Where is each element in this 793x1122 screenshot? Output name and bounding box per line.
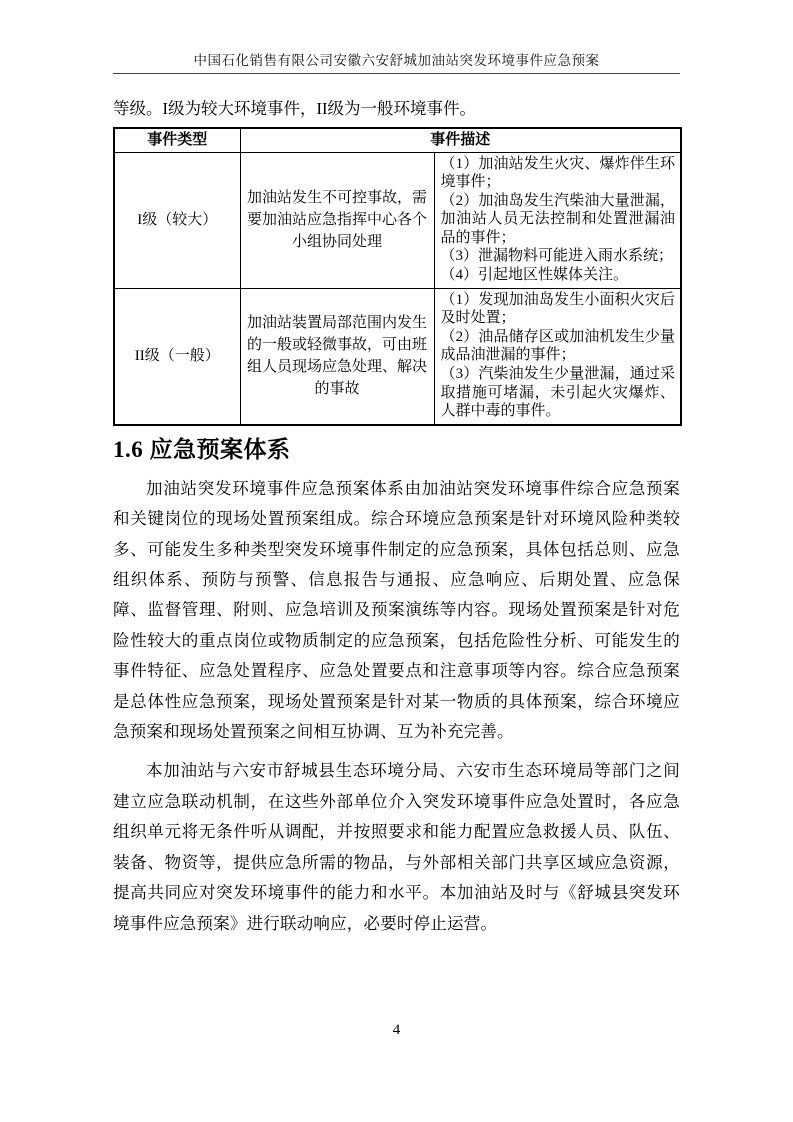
table-row-level-1: I级（较大） 加油站发生不可控事故，需要加油站应急指挥中心各个小组协同处理 （1… bbox=[114, 152, 681, 288]
column-header-event-type: 事件类型 bbox=[114, 128, 240, 152]
event-classification-table: 事件类型 事件描述 I级（较大） 加油站发生不可控事故，需要加油站应急指挥中心各… bbox=[113, 127, 682, 426]
page-number: 4 bbox=[393, 1022, 401, 1038]
detail-item: （3）汽柴油发生少量泄漏，通过采取措施可堵漏，未引起火灾爆炸、人群中毒的事件。 bbox=[441, 365, 676, 421]
paragraph-plan-system: 加油站突发环境事件应急预案体系由加油站突发环境事件综合应急预案和关键岗位的现场处… bbox=[113, 474, 680, 748]
table-row-level-2: II级（一般） 加油站装置局部范围内发生的一般或轻微事故，可由班组人员现场应急处… bbox=[114, 288, 681, 425]
detail-item: （2）加油岛发生汽柴油大量泄漏，加油站人员无法控制和处置泄漏油品的事件； bbox=[441, 192, 676, 248]
event-details-level-1: （1）加油站发生火灾、爆炸伴生环境事件； （2）加油岛发生汽柴油大量泄漏，加油站… bbox=[434, 152, 681, 288]
detail-item: （1）发现加油岛发生小面积火灾后及时处置； bbox=[441, 291, 676, 328]
document-page: 中国石化销售有限公司安徽六安舒城加油站突发环境事件应急预案 等级。I级为较大环境… bbox=[0, 0, 793, 1122]
page-header: 中国石化销售有限公司安徽六安舒城加油站突发环境事件应急预案 bbox=[113, 0, 680, 74]
event-type-level-2: II级（一般） bbox=[114, 288, 240, 425]
detail-item: （3）泄漏物料可能进入雨水系统； bbox=[441, 247, 676, 266]
page-content: 等级。I级为较大环境事件，II级为一般环境事件。 事件类型 事件描述 I级（较大… bbox=[113, 97, 680, 939]
column-header-event-description: 事件描述 bbox=[240, 128, 681, 152]
page-footer: 4 bbox=[0, 1022, 793, 1039]
section-heading: 1.6 应急预案体系 bbox=[113, 435, 680, 465]
detail-item: （2）油品储存区或加油机发生少量成品油泄漏的事件； bbox=[441, 328, 676, 365]
event-summary-level-2: 加油站装置局部范围内发生的一般或轻微事故，可由班组人员现场应急处理、解决的事故 bbox=[240, 288, 434, 425]
event-type-level-1: I级（较大） bbox=[114, 152, 240, 288]
event-details-level-2: （1）发现加油岛发生小面积火灾后及时处置； （2）油品储存区或加油机发生少量成品… bbox=[434, 288, 681, 425]
detail-item: （4）引起地区性媒体关注。 bbox=[441, 266, 676, 285]
event-summary-level-1: 加油站发生不可控事故，需要加油站应急指挥中心各个小组协同处理 bbox=[240, 152, 434, 288]
header-title: 中国石化销售有限公司安徽六安舒城加油站突发环境事件应急预案 bbox=[113, 52, 680, 69]
paragraph-linkage-mechanism: 本加油站与六安市舒城县生态环境分局、六安市生态环境局等部门之间建立应急联动机制，… bbox=[113, 756, 680, 938]
detail-item: （1）加油站发生火灾、爆炸伴生环境事件； bbox=[441, 155, 676, 192]
table-header-row: 事件类型 事件描述 bbox=[114, 128, 681, 152]
intro-text: 等级。I级为较大环境事件，II级为一般环境事件。 bbox=[113, 97, 680, 120]
